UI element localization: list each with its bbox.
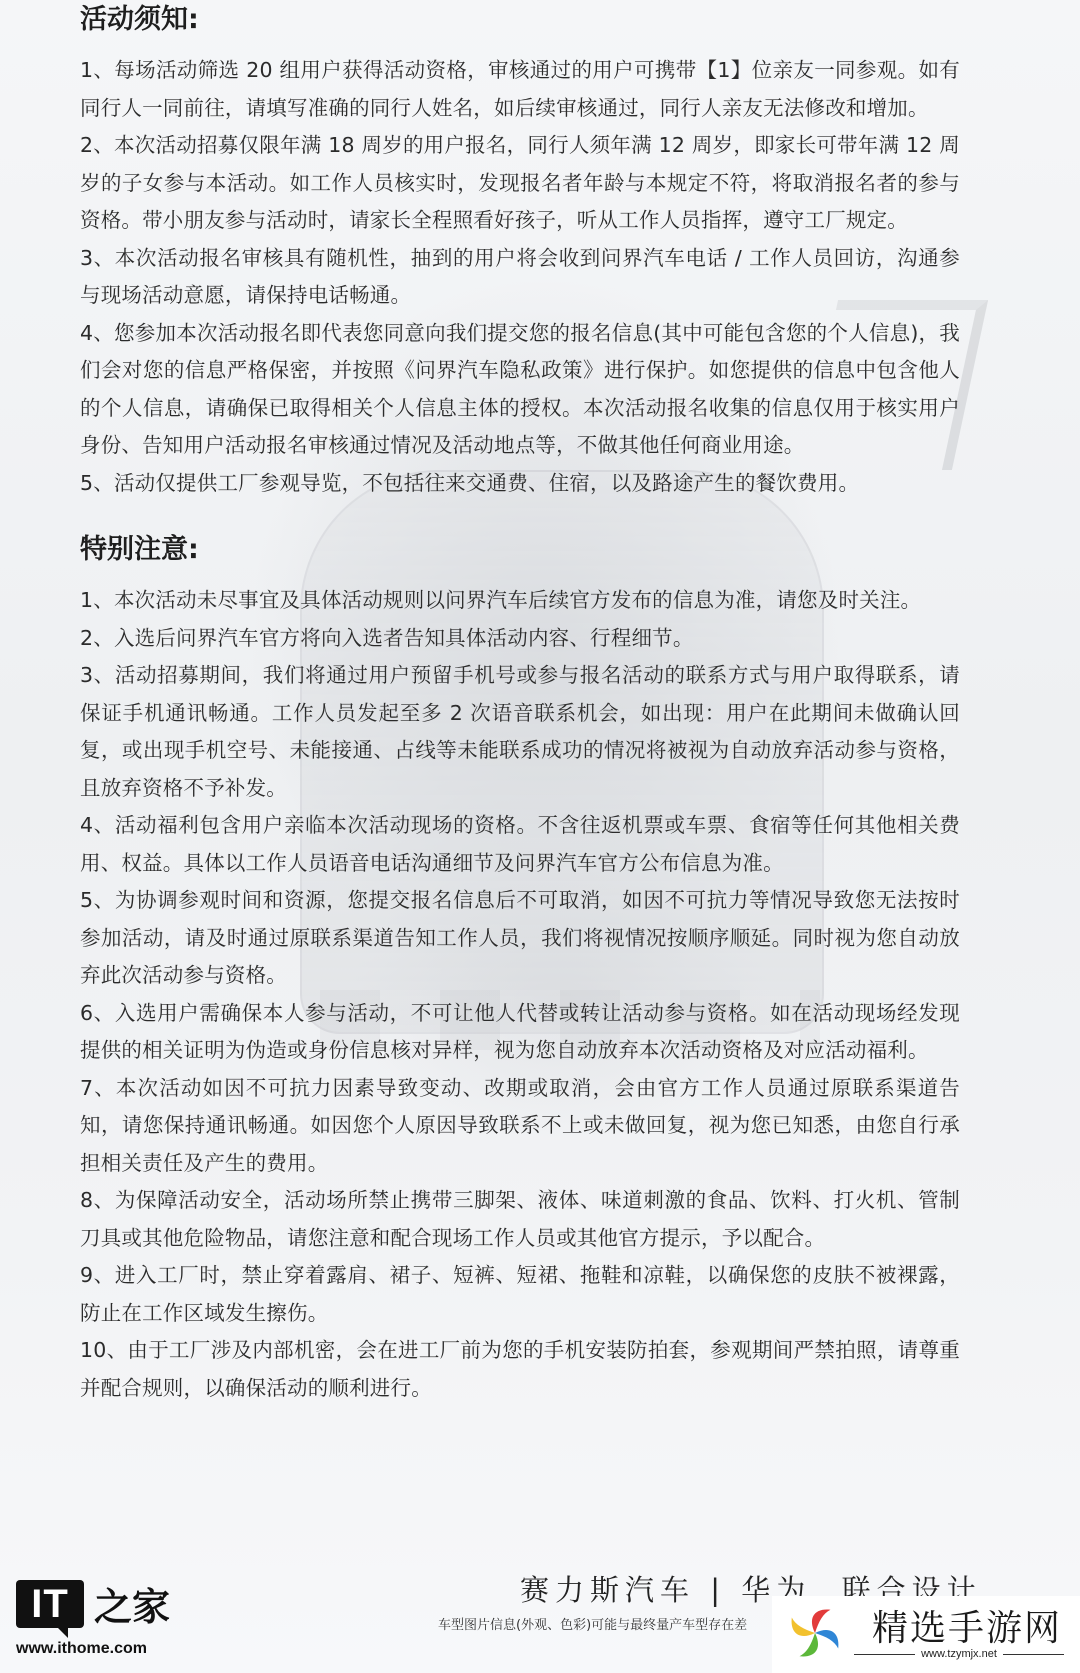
attention-item: 6、入选用户需确保本人参与活动，不可让他人代替或转让活动参与资格。如在活动现场经… — [80, 995, 960, 1070]
watermark-title: 精选手游网 — [872, 1600, 1062, 1651]
attention-item: 7、本次活动如因不可抗力因素导致变动、改期或取消，会由官方工作人员通过原联系渠道… — [80, 1070, 960, 1183]
divider-line — [1003, 1654, 1064, 1655]
section-title-special-attention: 特别注意: — [80, 530, 199, 570]
watermark-url: www.tzymjx.net — [854, 1648, 1064, 1660]
ithome-url: www.ithome.com — [16, 1640, 147, 1658]
notice-item: 1、每场活动筛选 20 组用户获得活动资格，审核通过的用户可携带【1】位亲友一同… — [80, 52, 960, 127]
notice-item: 3、本次活动报名审核具有随机性，抽到的用户将会收到问界汽车电话 / 工作人员回访… — [80, 240, 960, 315]
notice-item: 2、本次活动招募仅限年满 18 周岁的用户报名，同行人须年满 12 周岁，即家长… — [80, 127, 960, 240]
attention-item: 4、活动福利包含用户亲临本次活动现场的资格。不含往返机票或车票、食宿等任何其他相… — [80, 807, 960, 882]
attention-item: 3、活动招募期间，我们将通过用户预留手机号或参与报名活动的联系方式与用户取得联系… — [80, 657, 960, 807]
watermark-url-text: www.tzymjx.net — [921, 1648, 997, 1660]
special-attention-list: 1、本次活动未尽事宜及具体活动规则以问界汽车后续官方发布的信息为准，请您及时关注… — [80, 582, 960, 1407]
ithome-logo: IT 之家 — [16, 1576, 170, 1631]
ithome-calligraphy: 之家 — [94, 1576, 170, 1631]
disclaimer-text: 车型图片信息(外观、色彩)可能与最终量产车型存在差 — [438, 1614, 747, 1633]
notice-item: 5、活动仅提供工厂参观导览，不包括往来交通费、住宿，以及路途产生的餐饮费用。 — [80, 465, 960, 503]
activity-notice-list: 1、每场活动筛选 20 组用户获得活动资格，审核通过的用户可携带【1】位亲友一同… — [80, 52, 960, 502]
attention-item: 2、入选后问界汽车官方将向入选者告知具体活动内容、行程细节。 — [80, 620, 960, 658]
section-title-activity-notice: 活动须知: — [80, 0, 199, 40]
attention-item: 5、为协调参观时间和资源，您提交报名信息后不可取消，如因不可抗力等情况导致您无法… — [80, 882, 960, 995]
pinwheel-logo-icon — [786, 1604, 844, 1662]
it-speech-bubble-icon: IT — [16, 1580, 84, 1628]
attention-item: 10、由于工厂涉及内部机密，会在进工厂前为您的手机安装防拍套，参观期间严禁拍照，… — [80, 1332, 960, 1407]
attention-item: 1、本次活动未尽事宜及具体活动规则以问界汽车后续官方发布的信息为准，请您及时关注… — [80, 582, 960, 620]
attention-item: 9、进入工厂时，禁止穿着露肩、裙子、短裤、短裙、拖鞋和凉鞋，以确保您的皮肤不被裸… — [80, 1257, 960, 1332]
attention-item: 8、为保障活动安全，活动场所禁止携带三脚架、液体、味道刺激的食品、饮料、打火机、… — [80, 1182, 960, 1257]
watermark-badge: 精选手游网 www.tzymjx.net — [772, 1596, 1080, 1673]
notice-item: 4、您参加本次活动报名即代表您同意向我们提交您的报名信息(其中可能包含您的个人信… — [80, 315, 960, 465]
divider-line — [854, 1654, 915, 1655]
